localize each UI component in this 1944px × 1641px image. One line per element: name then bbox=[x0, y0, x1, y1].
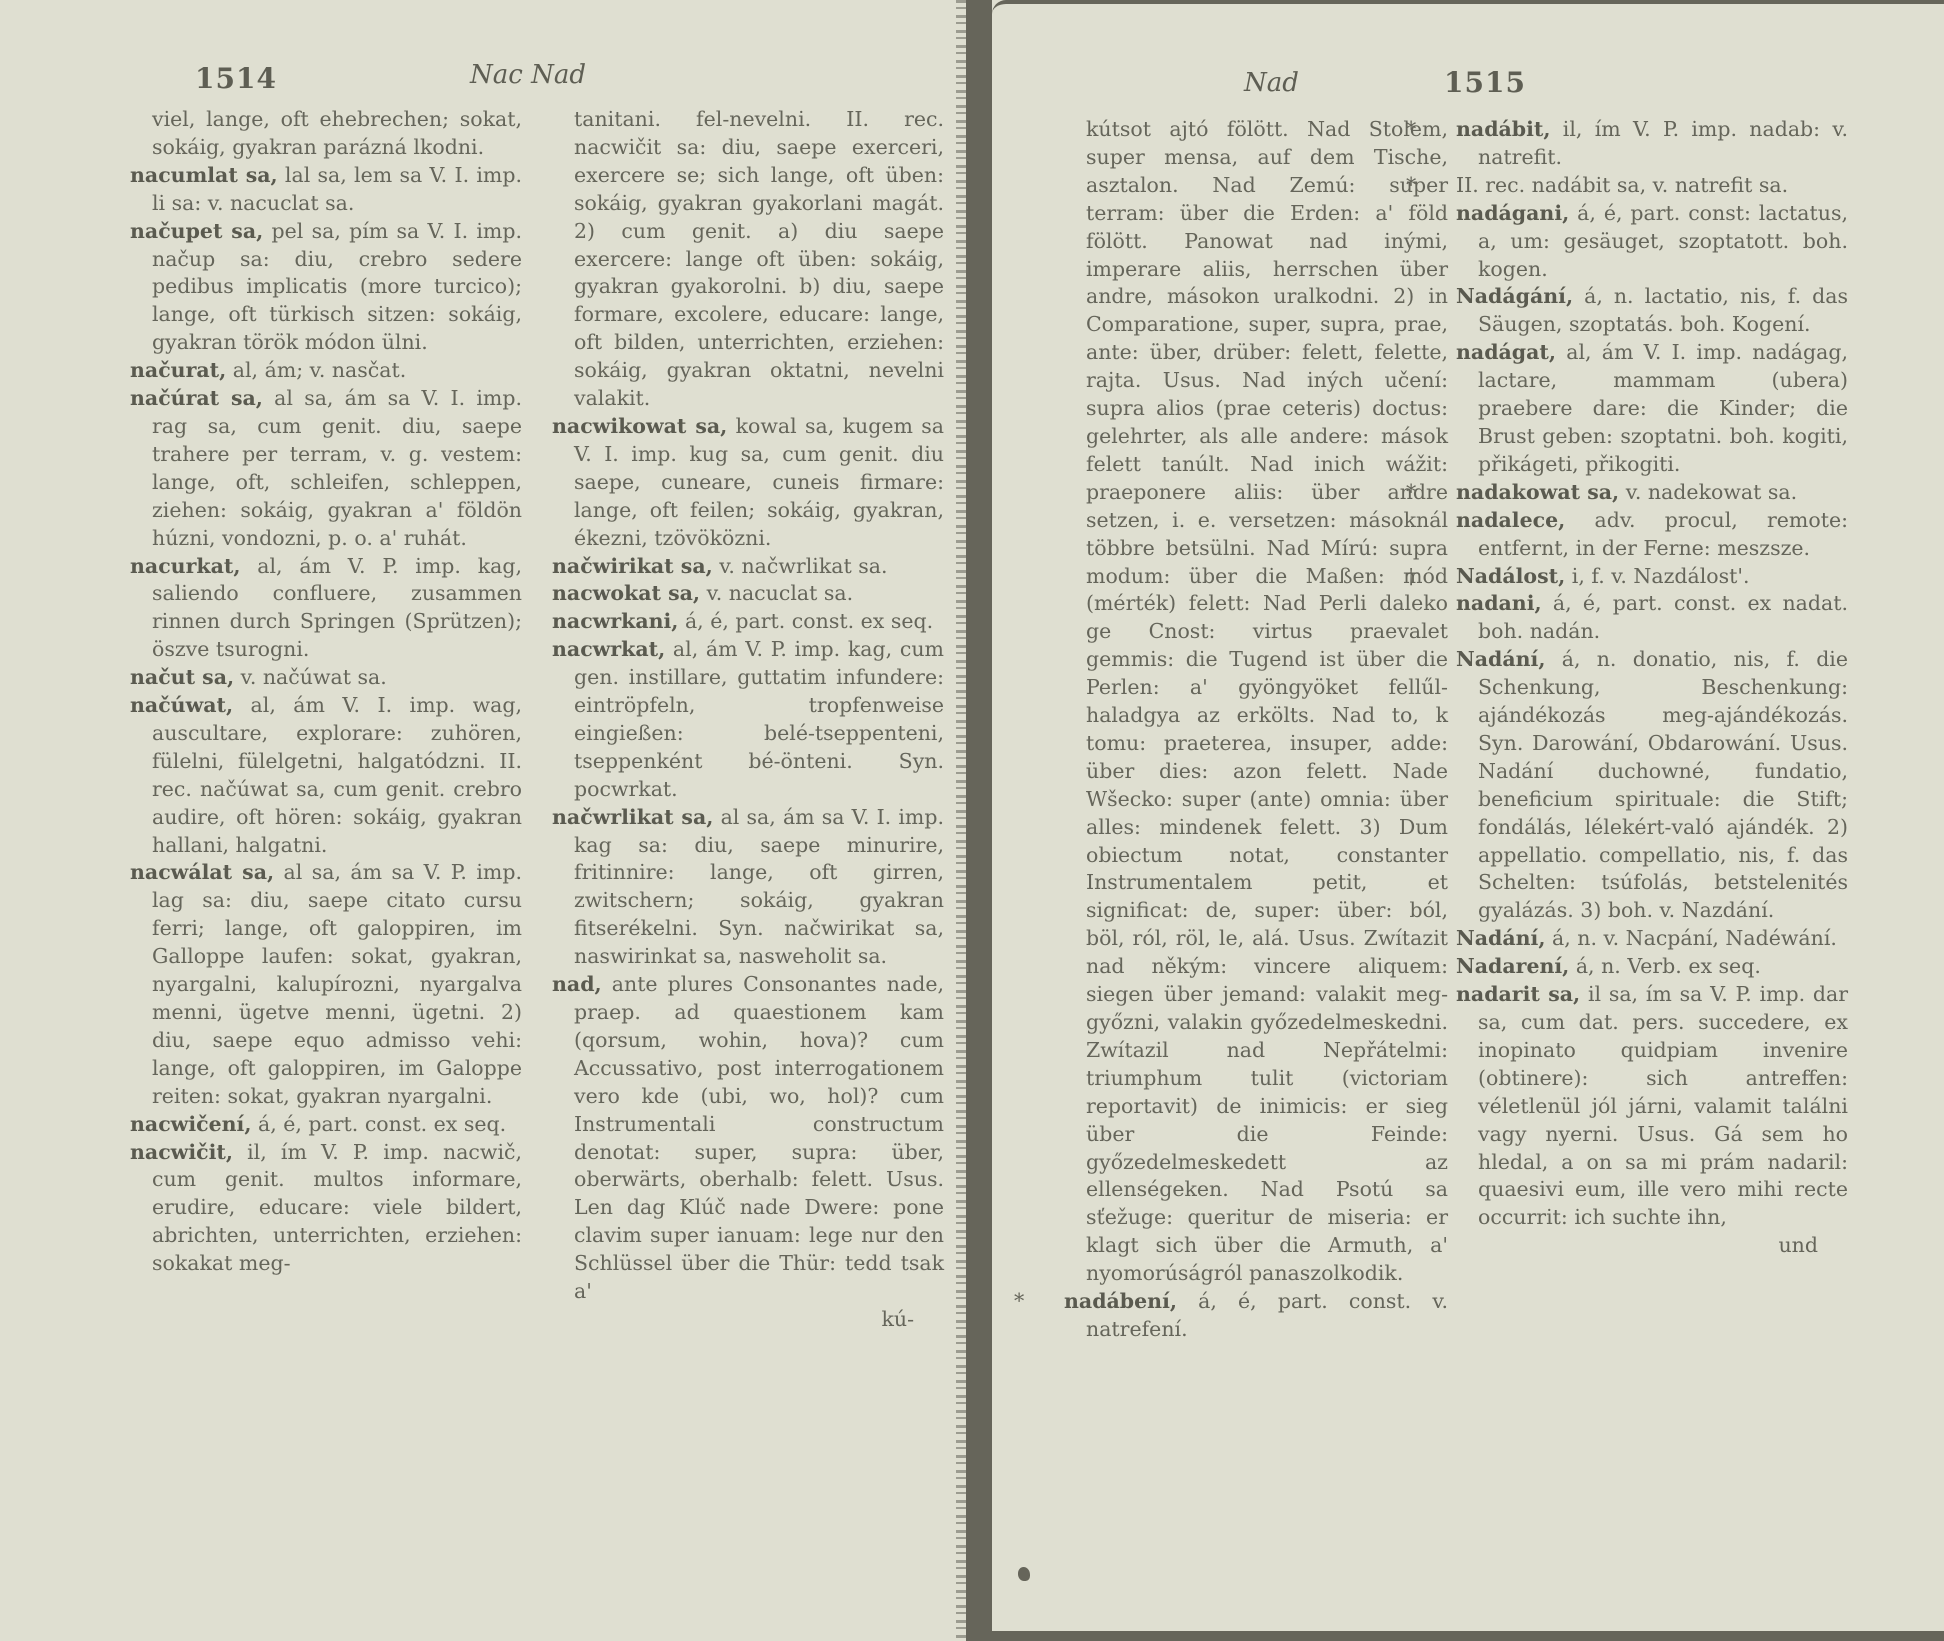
definition: á, é, part. const. ex seq. bbox=[678, 609, 933, 633]
catchword: kú- bbox=[552, 1306, 944, 1334]
dictionary-entry: Nadání, á, n. v. Nacpání, Nadéwání. bbox=[1456, 925, 1848, 953]
dictionary-entry: načupet sa, pel sa, pím sa V. I. imp. na… bbox=[130, 218, 522, 358]
dictionary-entry: Nadágání, á, n. lactatio, nis, f. das Sä… bbox=[1456, 283, 1848, 339]
headword: Nadarení, bbox=[1456, 954, 1569, 978]
headword: nadani, bbox=[1456, 591, 1542, 615]
dictionary-entry: *nadábení, á, é, part. const. v. natrefe… bbox=[1064, 1288, 1448, 1344]
headword: nadakowat sa, bbox=[1456, 480, 1619, 504]
definition: al sa, ám sa V. I. imp. rag sa, cum geni… bbox=[152, 386, 522, 550]
headword: nad, bbox=[552, 972, 602, 996]
headword: nacurkat, bbox=[130, 554, 240, 578]
headword: nacwokat sa, bbox=[552, 581, 700, 605]
dictionary-entry: nadágat, al, ám V. I. imp. nadágag, lact… bbox=[1456, 339, 1848, 479]
dictionary-entry: nadalece, adv. procul, remote: entfernt,… bbox=[1456, 507, 1848, 563]
left-column-1: viel, lange, oft ehebrechen; sokat, soká… bbox=[130, 106, 522, 1278]
page-number-left: 1514 bbox=[195, 62, 277, 95]
definition: al, ám V. P. imp. kag, cum gen. instilla… bbox=[574, 637, 944, 801]
definition: v. nacuclat sa. bbox=[700, 581, 853, 605]
dictionary-entry: načut sa, v. načúwat sa. bbox=[130, 664, 522, 692]
headword: Nadání, bbox=[1456, 926, 1545, 950]
right-column-1: kútsot ajtó fölött. Nad Stolem, super me… bbox=[1064, 116, 1448, 1344]
definition: ante plures Consonantes nade, praep. ad … bbox=[574, 972, 944, 1303]
dictionary-entry: nadágani, á, é, part. const: lactatus, a… bbox=[1456, 200, 1848, 284]
definition: al, ám V. I. imp. wag, auscultare, explo… bbox=[152, 693, 522, 857]
headword: nacwrkani, bbox=[552, 609, 678, 633]
ink-blot bbox=[1018, 1567, 1030, 1581]
definition: II. rec. nadábit sa, v. natrefit sa. bbox=[1456, 173, 1788, 197]
definition: á, n. Verb. ex seq. bbox=[1569, 954, 1761, 978]
dictionary-entry: načurat, al, ám; v. nasčat. bbox=[130, 357, 522, 385]
right-page: Nad 1515 kútsot ajtó fölött. Nad Stolem,… bbox=[992, 0, 1944, 1641]
dictionary-entry: *nadábit, il, ím V. P. imp. nadab: v. na… bbox=[1456, 116, 1848, 172]
running-head-right: Nad bbox=[1244, 68, 1299, 98]
headword: načurat, bbox=[130, 358, 226, 382]
dictionary-entry: načwirikat sa, v. načwrlikat sa. bbox=[552, 553, 944, 581]
headword: nacwálat sa, bbox=[130, 860, 274, 884]
entry-continuation: tanitani. fel-nevelni. II. rec. nacwičit… bbox=[552, 106, 944, 413]
definition: al sa, ám sa V. P. imp. lag sa: diu, sae… bbox=[152, 860, 522, 1107]
dictionary-entry: nacwrkat, al, ám V. P. imp. kag, cum gen… bbox=[552, 636, 944, 803]
page-number-right: 1515 bbox=[1444, 66, 1526, 99]
definition: i, f. v. Nazdálost'. bbox=[1565, 564, 1749, 588]
headword: načupet sa, bbox=[130, 219, 263, 243]
entry-continuation: kútsot ajtó fölött. Nad Stolem, super me… bbox=[1064, 116, 1448, 1288]
entry-continuation: viel, lange, oft ehebrechen; sokat, soká… bbox=[130, 106, 522, 162]
definition: v. načwrlikat sa. bbox=[713, 554, 888, 578]
headword: načwrlikat sa, bbox=[552, 805, 713, 829]
dictionary-entry: Nadání, á, n. donatio, nis, f. die Schen… bbox=[1456, 646, 1848, 925]
headword: nadágani, bbox=[1456, 201, 1569, 225]
definition: al, ám; v. nasčat. bbox=[226, 358, 406, 382]
dictionary-entry: Nadarení, á, n. Verb. ex seq. bbox=[1456, 953, 1848, 981]
dictionary-entry: nacwičit, il, ím V. P. imp. nacwič, cum … bbox=[130, 1139, 522, 1279]
headword: Nadágání, bbox=[1456, 284, 1573, 308]
headword: načut sa, bbox=[130, 665, 234, 689]
definition: v. načúwat sa. bbox=[234, 665, 387, 689]
headword: Nadálost, bbox=[1456, 564, 1565, 588]
catchword: und bbox=[1456, 1232, 1848, 1260]
dictionary-entry: načúwat, al, ám V. I. imp. wag, ausculta… bbox=[130, 692, 522, 859]
headword: nacwičení, bbox=[130, 1112, 251, 1136]
right-column-2: *nadábit, il, ím V. P. imp. nadab: v. na… bbox=[1456, 116, 1848, 1260]
headword: nadalece, bbox=[1456, 508, 1565, 532]
definition: v. nadekowat sa. bbox=[1619, 480, 1797, 504]
book-gutter bbox=[966, 0, 992, 1641]
dictionary-entry: načúrat sa, al sa, ám sa V. I. imp. rag … bbox=[130, 385, 522, 552]
dictionary-entry: nacwrkani, á, é, part. const. ex seq. bbox=[552, 608, 944, 636]
left-column-2: tanitani. fel-nevelni. II. rec. nacwičit… bbox=[552, 106, 944, 1334]
headword: nacwikowat sa, bbox=[552, 414, 727, 438]
headword: načúwat, bbox=[130, 693, 233, 717]
dictionary-entry: nadani, á, é, part. const. ex nadat. boh… bbox=[1456, 590, 1848, 646]
definition: il sa, ím sa V. P. imp. dar sa, cum dat.… bbox=[1478, 982, 1848, 1229]
dictionary-entry: nadarit sa, il sa, ím sa V. P. imp. dar … bbox=[1456, 981, 1848, 1232]
dictionary-entry: nacumlat sa, lal sa, lem sa V. I. imp. l… bbox=[130, 162, 522, 218]
dictionary-entry: načwrlikat sa, al sa, ám sa V. I. imp. k… bbox=[552, 804, 944, 971]
definition: á, é, part. const. ex seq. bbox=[251, 1112, 506, 1136]
page-bottom-edge bbox=[992, 1631, 1944, 1641]
dictionary-entry: *II. rec. nadábit sa, v. natrefit sa. bbox=[1456, 172, 1848, 200]
dictionary-entry: nacwokat sa, v. nacuclat sa. bbox=[552, 580, 944, 608]
dictionary-entry: nacwálat sa, al sa, ám sa V. P. imp. lag… bbox=[130, 859, 522, 1110]
headword: Nadání, bbox=[1456, 647, 1545, 671]
headword: nadábení, bbox=[1064, 1289, 1177, 1313]
dictionary-entry: nacwičení, á, é, part. const. ex seq. bbox=[130, 1111, 522, 1139]
headword: načwirikat sa, bbox=[552, 554, 713, 578]
headword: nacwičit, bbox=[130, 1140, 233, 1164]
definition: á, n. v. Nacpání, Nadéwání. bbox=[1545, 926, 1836, 950]
dictionary-entry: *nadakowat sa, v. nadekowat sa. bbox=[1456, 479, 1848, 507]
dictionary-entry: nacurkat, al, ám V. P. imp. kag, saliend… bbox=[130, 553, 522, 665]
headword: nadábit, bbox=[1456, 117, 1551, 141]
definition: al sa, ám sa V. I. imp. kag sa: diu, sae… bbox=[574, 805, 944, 969]
headword: nacwrkat, bbox=[552, 637, 665, 661]
left-page: 1514 Nac Nad viel, lange, oft ehebrechen… bbox=[0, 0, 966, 1641]
definition: á, n. donatio, nis, f. die Schenkung, Be… bbox=[1478, 647, 1848, 922]
headword: nadarit sa, bbox=[1456, 982, 1580, 1006]
dictionary-entry: †Nadálost, i, f. v. Nazdálost'. bbox=[1456, 563, 1848, 591]
dictionary-entry: nad, ante plures Consonantes nade, praep… bbox=[552, 971, 944, 1306]
headword: načúrat sa, bbox=[130, 386, 263, 410]
dictionary-entry: nacwikowat sa, kowal sa, kugem sa V. I. … bbox=[552, 413, 944, 553]
headword: nadágat, bbox=[1456, 340, 1556, 364]
running-head-left: Nac Nad bbox=[470, 60, 586, 90]
headword: nacumlat sa, bbox=[130, 163, 278, 187]
